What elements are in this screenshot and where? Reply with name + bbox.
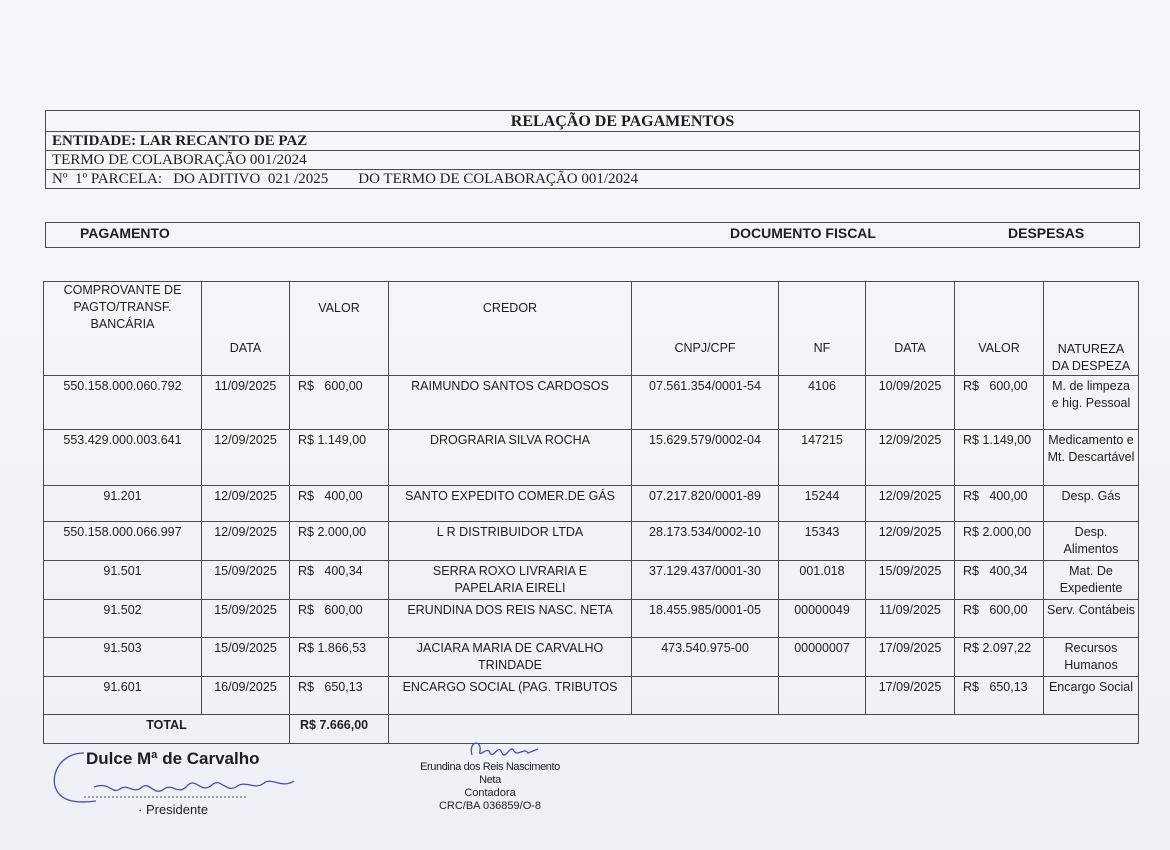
cell-nf-value: R$ 600,00: [955, 376, 1044, 430]
cell-nf-value: R$ 2.000,00: [955, 522, 1044, 561]
cell-nf: 00000007: [779, 638, 866, 677]
cell-nf-value: R$ 650,13: [955, 677, 1044, 715]
cell-nf-date: 10/09/2025: [866, 376, 955, 430]
cell-nf: 001.018: [779, 561, 866, 600]
col-value: VALOR: [290, 282, 389, 376]
cell-nf: 00000049: [779, 600, 866, 638]
cell-nf-value: R$ 600,00: [955, 600, 1044, 638]
cell-receipt: 550.158.000.066.997: [44, 522, 202, 561]
cell-nf-date: 12/09/2025: [866, 486, 955, 522]
cell-value: R$ 600,00: [290, 600, 389, 638]
total-value: R$ 7.666,00: [290, 715, 389, 744]
cell-receipt: 91.502: [44, 600, 202, 638]
cell-nf-date: 17/09/2025: [866, 677, 955, 715]
cell-nf-value: R$ 400,00: [955, 486, 1044, 522]
cell-value: R$ 1.866,53: [290, 638, 389, 677]
cell-date: 12/09/2025: [202, 430, 290, 486]
table-header-row: COMPROVANTE DE PAGTO/TRANSF. BANCÁRIA DA…: [44, 282, 1139, 376]
term-line: TERMO DE COLABORAÇÃO 001/2024: [46, 150, 1139, 169]
col-receipt: COMPROVANTE DE PAGTO/TRANSF. BANCÁRIA: [44, 282, 202, 376]
col-nature: NATUREZA DA DESPEZA: [1044, 282, 1139, 376]
cell-nf-value: R$ 2.097,22: [955, 638, 1044, 677]
cell-creditor: RAIMUNDO SANTOS CARDOSOS: [389, 376, 632, 430]
cell-value: R$ 600,00: [290, 376, 389, 430]
cell-nf-value: R$ 400,34: [955, 561, 1044, 600]
cell-nf: 15343: [779, 522, 866, 561]
cell-nf-date: 15/09/2025: [866, 561, 955, 600]
cell-nf: [779, 677, 866, 715]
col-date: DATA: [202, 282, 290, 376]
section-fiscal-doc: DOCUMENTO FISCAL: [730, 225, 876, 241]
section-expenses: DESPESAS: [1008, 225, 1084, 241]
section-payment: PAGAMENTO: [80, 225, 170, 241]
cell-nature: Mat. De Expediente: [1044, 561, 1139, 600]
president-name: Dulce Mª de Carvalho: [86, 749, 260, 769]
total-label: TOTAL: [44, 715, 290, 744]
document-page: RELAÇÃO DE PAGAMENTOS ENTIDADE: LAR RECA…: [0, 0, 1170, 850]
cell-value: R$ 400,00: [290, 486, 389, 522]
cell-creditor: ERUNDINA DOS REIS NASC. NETA: [389, 600, 632, 638]
table-row: 91.60116/09/2025R$ 650,13ENCARGO SOCIAL …: [44, 677, 1139, 715]
cell-cnpj: 15.629.579/0002-04: [632, 430, 779, 486]
cell-receipt: 553.429.000.003.641: [44, 430, 202, 486]
cell-value: R$ 650,13: [290, 677, 389, 715]
installment-line: Nº 1º PARCELA: DO ADITIVO 021 /2025DO TE…: [46, 169, 1139, 188]
president-role: · Presidente: [138, 802, 208, 817]
cell-cnpj: 18.455.985/0001-05: [632, 600, 779, 638]
cell-nf: 147215: [779, 430, 866, 486]
president-signature: Dulce Mª de Carvalho · Presidente: [50, 745, 310, 825]
cell-receipt: 91.601: [44, 677, 202, 715]
cell-date: 12/09/2025: [202, 522, 290, 561]
cell-nature: Desp. Gás: [1044, 486, 1139, 522]
cell-nf-value: R$ 1.149,00: [955, 430, 1044, 486]
cell-value: R$ 2.000,00: [290, 522, 389, 561]
cell-nature: Serv. Contábeis: [1044, 600, 1139, 638]
payments-table: COMPROVANTE DE PAGTO/TRANSF. BANCÁRIA DA…: [43, 281, 1139, 744]
cell-nf: 4106: [779, 376, 866, 430]
table-row: 550.158.000.060.79211/09/2025R$ 600,00RA…: [44, 376, 1139, 430]
cell-cnpj: [632, 677, 779, 715]
cell-receipt: 91.501: [44, 561, 202, 600]
col-nf: NF: [779, 282, 866, 376]
cell-value: R$ 1.149,00: [290, 430, 389, 486]
cell-date: 16/09/2025: [202, 677, 290, 715]
cell-nf-date: 12/09/2025: [866, 522, 955, 561]
accountant-signature-scribble-icon: [410, 735, 570, 761]
table-row: 91.20112/09/2025R$ 400,00SANTO EXPEDITO …: [44, 486, 1139, 522]
total-row: TOTAL R$ 7.666,00: [44, 715, 1139, 744]
cell-value: R$ 400,34: [290, 561, 389, 600]
table-row: 91.50115/09/2025R$ 400,34SERRA ROXO LIVR…: [44, 561, 1139, 600]
cell-receipt: 91.201: [44, 486, 202, 522]
accountant-reg: CRC/BA 036859/O-8: [410, 800, 570, 813]
installment-left: Nº 1º PARCELA: DO ADITIVO 021 /2025: [52, 171, 328, 187]
col-creditor: CREDOR: [389, 282, 632, 376]
table-row: 91.50215/09/2025R$ 600,00ERUNDINA DOS RE…: [44, 600, 1139, 638]
col-nf-value: VALOR: [955, 282, 1044, 376]
entity-line: ENTIDADE: LAR RECANTO DE PAZ: [46, 131, 1139, 150]
cell-nature: Recursos Humanos: [1044, 638, 1139, 677]
cell-nature: Encargo Social: [1044, 677, 1139, 715]
cell-nature: Desp. Alimentos: [1044, 522, 1139, 561]
cell-nf-date: 12/09/2025: [866, 430, 955, 486]
cell-creditor: SANTO EXPEDITO COMER.DE GÁS: [389, 486, 632, 522]
table-row: 91.50315/09/2025R$ 1.866,53JACIARA MARIA…: [44, 638, 1139, 677]
cell-nature: Medicamento e Mt. Descartável: [1044, 430, 1139, 486]
cell-cnpj: 07.561.354/0001-54: [632, 376, 779, 430]
section-bar: PAGAMENTO DOCUMENTO FISCAL DESPESAS: [45, 222, 1140, 248]
cell-creditor: DROGRARIA SILVA ROCHA: [389, 430, 632, 486]
cell-creditor: ENCARGO SOCIAL (PAG. TRIBUTOS: [389, 677, 632, 715]
table-row: 550.158.000.066.99712/09/2025R$ 2.000,00…: [44, 522, 1139, 561]
cell-date: 15/09/2025: [202, 561, 290, 600]
cell-cnpj: 07.217.820/0001-89: [632, 486, 779, 522]
col-nf-date: DATA: [866, 282, 955, 376]
table-row: 553.429.000.003.64112/09/2025R$ 1.149,00…: [44, 430, 1139, 486]
cell-creditor: JACIARA MARIA DE CARVALHO TRINDADE: [389, 638, 632, 677]
cell-nf: 15244: [779, 486, 866, 522]
cell-date: 11/09/2025: [202, 376, 290, 430]
accountant-role: Contadora: [410, 787, 570, 800]
document-title: RELAÇÃO DE PAGAMENTOS: [46, 111, 1139, 131]
cell-cnpj: 28.173.534/0002-10: [632, 522, 779, 561]
cell-cnpj: 473.540.975-00: [632, 638, 779, 677]
cell-receipt: 91.503: [44, 638, 202, 677]
cell-nf-date: 17/09/2025: [866, 638, 955, 677]
cell-cnpj: 37.129.437/0001-30: [632, 561, 779, 600]
accountant-name: Erundina dos Reis Nascimento Neta: [410, 761, 570, 787]
cell-receipt: 550.158.000.060.792: [44, 376, 202, 430]
cell-date: 15/09/2025: [202, 638, 290, 677]
cell-date: 12/09/2025: [202, 486, 290, 522]
accountant-signature: Erundina dos Reis Nascimento Neta Contad…: [410, 735, 570, 815]
cell-nf-date: 11/09/2025: [866, 600, 955, 638]
cell-creditor: L R DISTRIBUIDOR LTDA: [389, 522, 632, 561]
cell-nature: M. de limpeza e hig. Pessoal: [1044, 376, 1139, 430]
cell-date: 15/09/2025: [202, 600, 290, 638]
installment-right: DO TERMO DE COLABORAÇÃO 001/2024: [358, 171, 638, 187]
cell-creditor: SERRA ROXO LIVRARIA E PAPELARIA EIRELI: [389, 561, 632, 600]
col-cnpj: CNPJ/CPF: [632, 282, 779, 376]
document-header: RELAÇÃO DE PAGAMENTOS ENTIDADE: LAR RECA…: [45, 110, 1140, 189]
